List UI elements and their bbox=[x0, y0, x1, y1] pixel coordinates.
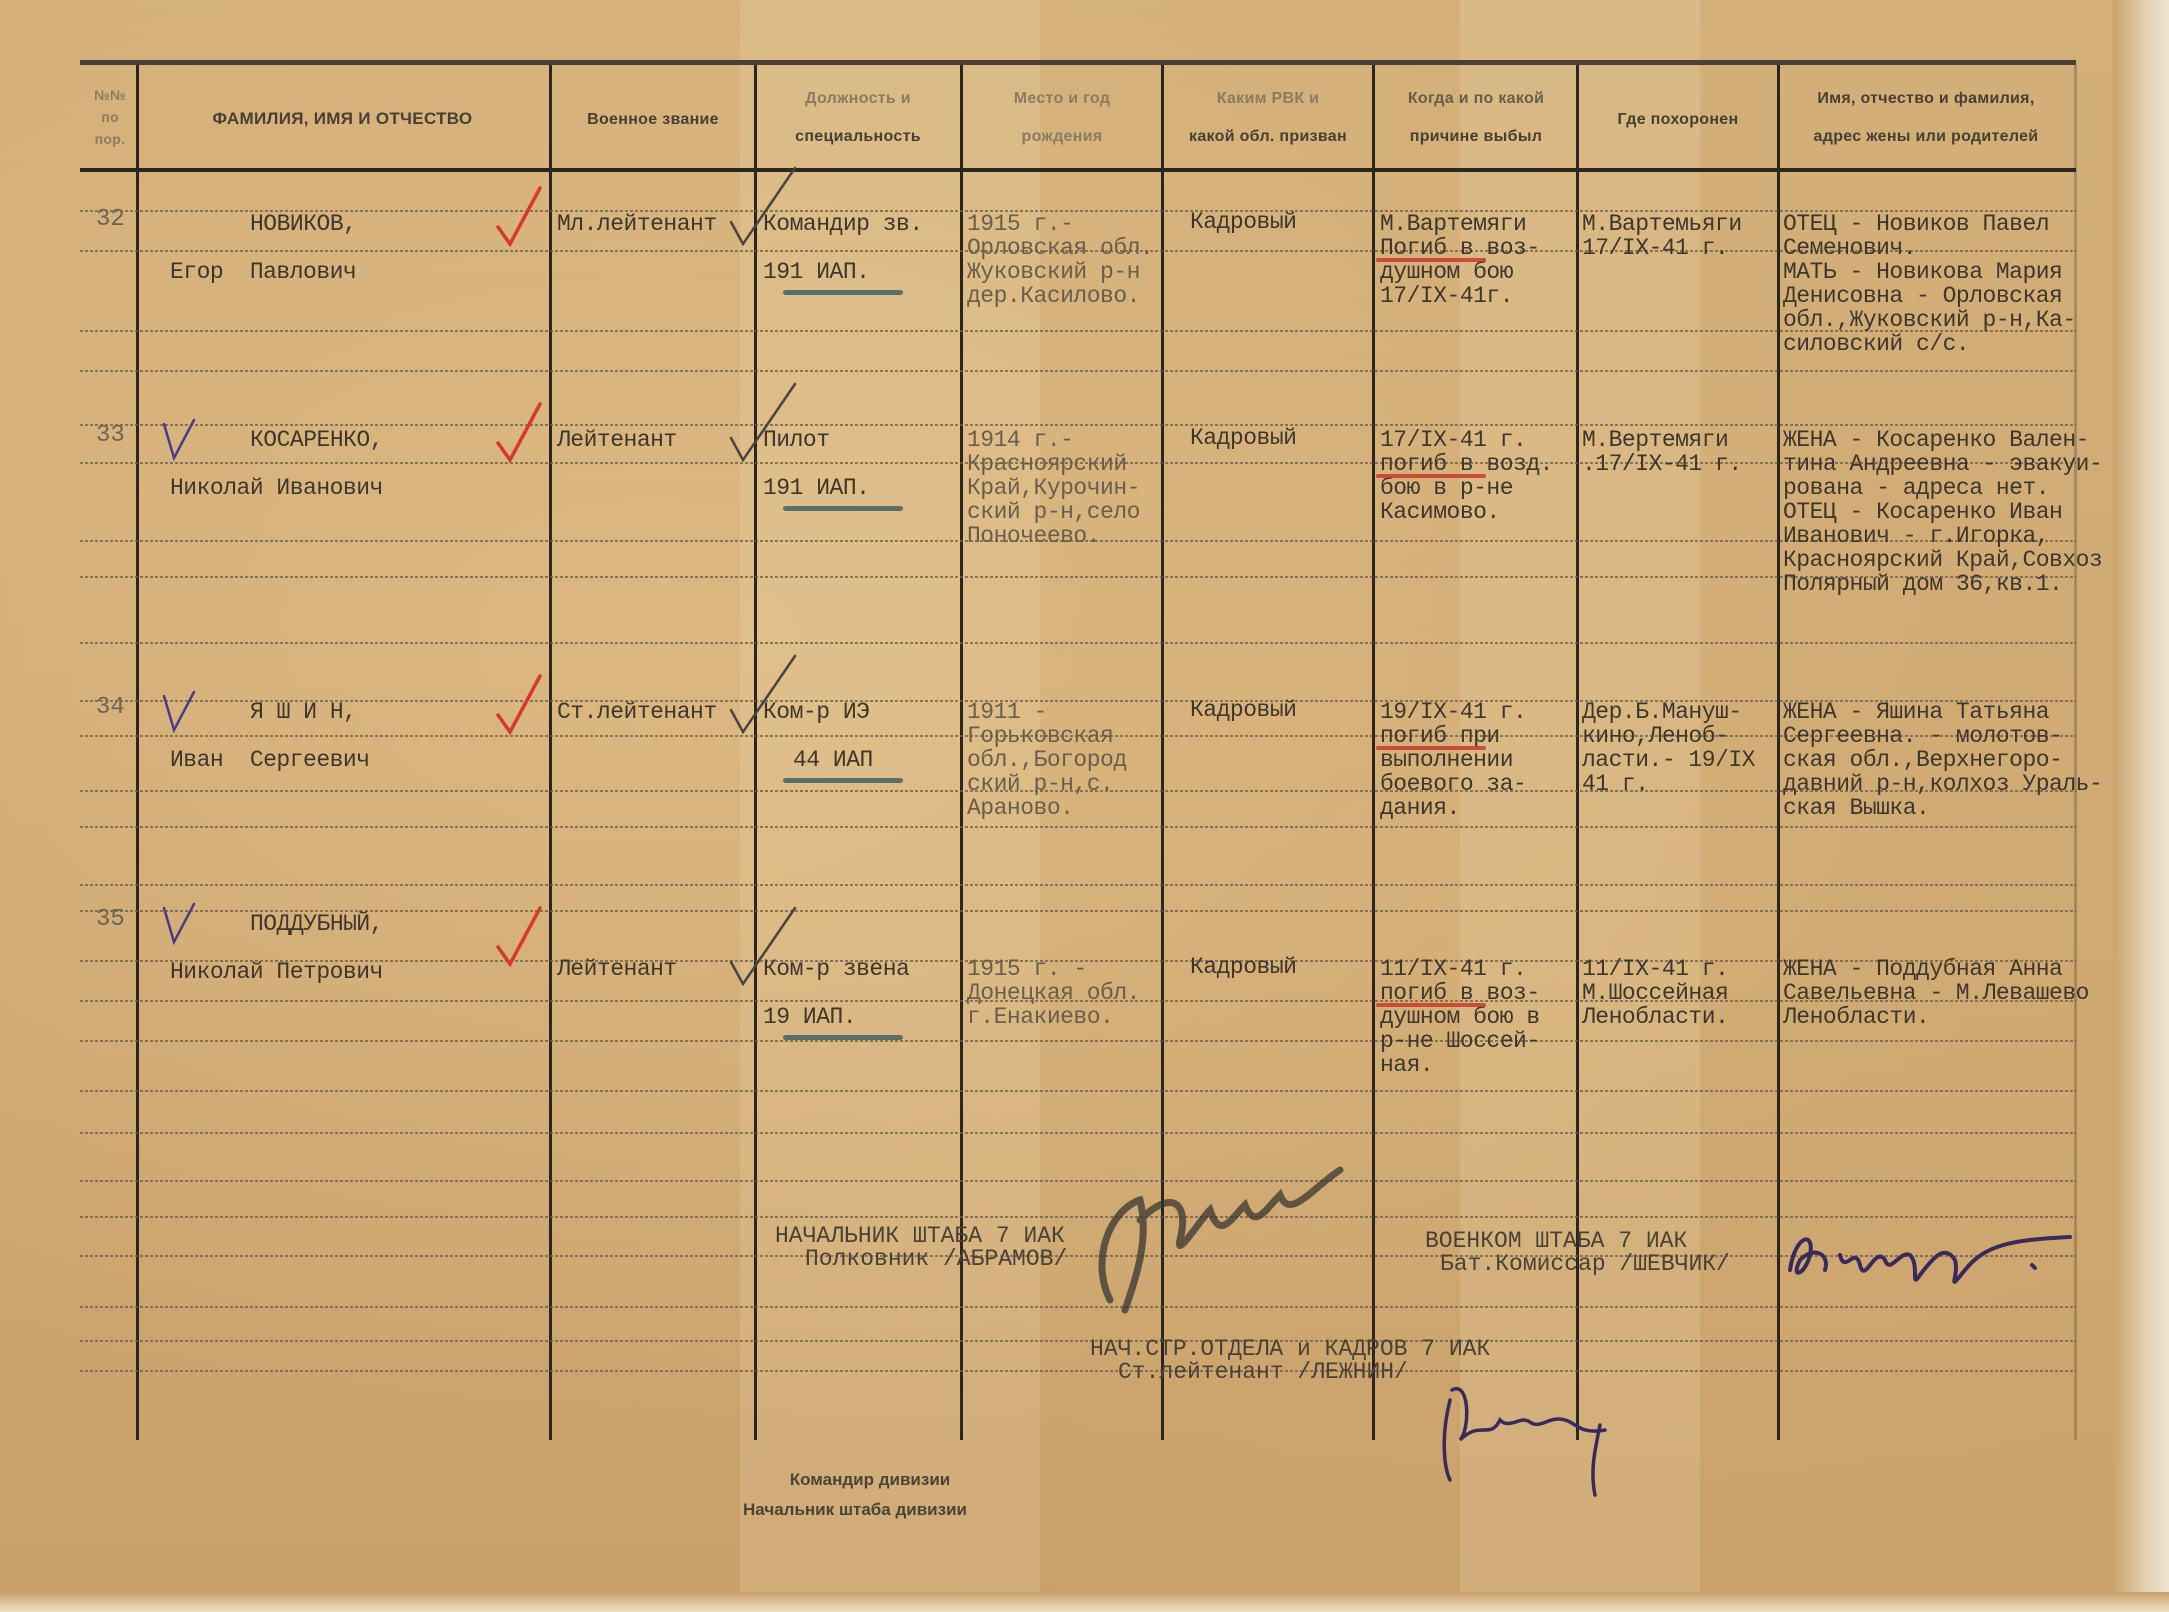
header-name: ФАМИЛИЯ, ИМЯ И ОТЧЕСТВО bbox=[140, 100, 545, 138]
surname: КОСАРЕНКО, bbox=[250, 428, 383, 452]
relatives-address: ЖЕНА - Поддубная Анна bbox=[1783, 957, 2062, 981]
birth-place-year: Поночеево. bbox=[967, 524, 1100, 548]
burial-place: ласти.- 19/IX bbox=[1582, 748, 1755, 772]
red-underline bbox=[1376, 474, 1486, 478]
paper-edge bbox=[2113, 0, 2169, 1612]
pencil-underline bbox=[783, 290, 903, 295]
loss-date-cause: бою в р-не bbox=[1380, 476, 1513, 500]
burial-place: 41 г. bbox=[1582, 772, 1649, 796]
red-check-mark-icon bbox=[490, 182, 550, 252]
footer-division-commander: Командир дивизии bbox=[670, 1470, 1070, 1490]
footer-division-chief-of-staff: Начальник штаба дивизии bbox=[630, 1500, 1080, 1520]
birth-place-year: Араново. bbox=[967, 796, 1073, 820]
military-rank: Лейтенант bbox=[557, 957, 677, 981]
loss-date-cause: душном бою bbox=[1380, 260, 1513, 284]
grey-check-mark-icon bbox=[725, 902, 805, 992]
violet-check-mark-icon bbox=[160, 690, 200, 735]
conscription-office: Кадровый bbox=[1190, 698, 1296, 722]
birth-place-year: 1915 г.- bbox=[967, 212, 1073, 236]
loss-date-cause: погиб в воз- bbox=[1380, 981, 1540, 1005]
commissar-title: ВОЕНКОМ ШТАБА 7 ИАК bbox=[1425, 1230, 1687, 1252]
pencil-underline bbox=[783, 1035, 903, 1040]
paper-edge bbox=[0, 1592, 2169, 1612]
loss-date-cause: погиб при bbox=[1380, 724, 1500, 748]
birth-place-year: 1911 - bbox=[967, 700, 1047, 724]
loss-date-cause: Касимово. bbox=[1380, 500, 1500, 524]
given-names: Иван Сергеевич bbox=[170, 748, 370, 772]
loss-date-cause: дания. bbox=[1380, 796, 1460, 820]
header-when: Когда и по какойпричине выбыл bbox=[1376, 80, 1576, 156]
header-birth: Место и годрождения bbox=[964, 80, 1160, 156]
birth-place-year: ский р-н,с. bbox=[967, 772, 1113, 796]
burial-place: Ленобласти. bbox=[1582, 1005, 1728, 1029]
loss-date-cause: боевого за- bbox=[1380, 772, 1526, 796]
birth-place-year: ский р-н,село bbox=[967, 500, 1140, 524]
loss-date-cause: 17/IX-41 г. bbox=[1380, 428, 1526, 452]
relatives-address: давний р-н,колхоз Ураль- bbox=[1783, 772, 2102, 796]
grey-check-mark-icon bbox=[725, 162, 805, 252]
relatives-address: МАТЬ - Новикова Мария bbox=[1783, 260, 2062, 284]
red-underline bbox=[1376, 1003, 1486, 1007]
birth-place-year: обл.,Богород bbox=[967, 748, 1127, 772]
row-number: 35 bbox=[96, 906, 125, 933]
loss-date-cause: Погиб в воз- bbox=[1380, 236, 1540, 260]
relatives-address: обл.,Жуковский р-н,Ка- bbox=[1783, 308, 2076, 332]
unit: 191 ИАП. bbox=[763, 260, 869, 284]
loss-date-cause: погиб в возд. bbox=[1380, 452, 1553, 476]
birth-place-year: Горьковская bbox=[967, 724, 1113, 748]
ruled-line bbox=[80, 1306, 2076, 1308]
ruled-line bbox=[80, 700, 2076, 702]
birth-place-year: 1915 г. - bbox=[967, 957, 1087, 981]
ruled-line bbox=[80, 826, 2076, 828]
birth-place-year: Жуковский р-н bbox=[967, 260, 1140, 284]
ruled-line bbox=[80, 330, 2076, 332]
red-underline bbox=[1376, 746, 1486, 750]
relatives-address: Полярный дом 36,кв.1. bbox=[1783, 572, 2062, 596]
ruled-line bbox=[80, 370, 2076, 372]
birth-place-year: Красноярский bbox=[967, 452, 1127, 476]
relatives-address: Семенович. bbox=[1783, 236, 1916, 260]
header-relatives: Имя, отчество и фамилия,адрес жены или р… bbox=[1781, 80, 2071, 156]
birth-place-year: Край,Курочин- bbox=[967, 476, 1140, 500]
burial-place: .17/IX-41 г. bbox=[1582, 452, 1742, 476]
conscription-office: Кадровый bbox=[1190, 426, 1296, 450]
conscription-office: Кадровый bbox=[1190, 210, 1296, 234]
relatives-address: Савельевна - М.Левашево bbox=[1783, 981, 2089, 1005]
loss-date-cause: 17/IX-41г. bbox=[1380, 284, 1513, 308]
surname: ПОДДУБНЫЙ, bbox=[250, 912, 383, 936]
conscription-office: Кадровый bbox=[1190, 955, 1296, 979]
burial-place: Дер.Б.Мануш- bbox=[1582, 700, 1742, 724]
row-number: 33 bbox=[96, 422, 125, 449]
relatives-address: тина Андреевна - эвакуи- bbox=[1783, 452, 2102, 476]
row-number: 32 bbox=[96, 206, 125, 233]
red-check-mark-icon bbox=[490, 670, 550, 740]
given-names: Егор Павлович bbox=[170, 260, 356, 284]
grey-check-mark-icon bbox=[725, 378, 805, 468]
relatives-address: ЖЕНА - Косаренко Вален- bbox=[1783, 428, 2089, 452]
given-names: Николай Петрович bbox=[170, 960, 383, 984]
ruled-line bbox=[80, 424, 2076, 426]
ruled-line bbox=[80, 884, 2076, 886]
header-rank: Военное звание bbox=[553, 101, 753, 139]
ruled-line bbox=[80, 1370, 2076, 1372]
ruled-line bbox=[80, 210, 2076, 212]
loss-date-cause: М.Вартемяги bbox=[1380, 212, 1526, 236]
relatives-address: ОТЕЦ - Новиков Павел bbox=[1783, 212, 2049, 236]
pencil-underline bbox=[783, 506, 903, 511]
pencil-underline bbox=[783, 778, 903, 783]
unit: 191 ИАП. bbox=[763, 476, 869, 500]
signature-lezhnin bbox=[1430, 1360, 1650, 1500]
relatives-address: силовский с/с. bbox=[1783, 332, 1969, 356]
violet-check-mark-icon bbox=[160, 902, 200, 947]
ruled-line bbox=[80, 642, 2076, 644]
relatives-address: Сергеевна. - молотов- bbox=[1783, 724, 2062, 748]
ruled-line bbox=[80, 1040, 2076, 1042]
signature-abramov bbox=[1080, 1150, 1360, 1320]
loss-date-cause: р-не Шоссей- bbox=[1380, 1029, 1540, 1053]
loss-date-cause: выполнении bbox=[1380, 748, 1513, 772]
red-underline bbox=[1376, 258, 1486, 262]
ruled-line bbox=[80, 1132, 2076, 1134]
signature-shevchik bbox=[1770, 1215, 2120, 1305]
chief-of-staff-name: Полковник /АБРАМОВ/ bbox=[805, 1248, 1067, 1270]
given-names: Николай Иванович bbox=[170, 476, 383, 500]
row-number: 34 bbox=[96, 694, 125, 721]
personnel-name: Ст.лейтенант /ЛЕЖНИН/ bbox=[1118, 1361, 1408, 1383]
birth-place-year: г.Енакиево. bbox=[967, 1005, 1113, 1029]
unit: 19 ИАП. bbox=[763, 1005, 856, 1029]
burial-place: М.Вартемьяги bbox=[1582, 212, 1742, 236]
relatives-address: Ленобласти. bbox=[1783, 1005, 1929, 1029]
red-check-mark-icon bbox=[490, 398, 550, 468]
burial-place: 11/IX-41 г. bbox=[1582, 957, 1728, 981]
header-rvk: Каким РВК икакой обл. призван bbox=[1165, 80, 1371, 156]
relatives-address: рована - адреса нет. bbox=[1783, 476, 2049, 500]
relatives-address: ОТЕЦ - Косаренко Иван bbox=[1783, 500, 2062, 524]
relatives-address: Красноярский Край,Совхоз bbox=[1783, 548, 2102, 572]
birth-place-year: 1914 г.- bbox=[967, 428, 1073, 452]
relatives-address: Иванович - г.Игорка, bbox=[1783, 524, 2049, 548]
military-rank: Мл.лейтенант bbox=[557, 212, 717, 236]
loss-date-cause: 11/IX-41 г. bbox=[1380, 957, 1526, 981]
commissar-name: Бат.Комиссар /ШЕВЧИК/ bbox=[1440, 1253, 1730, 1275]
burial-place: М.Шоссейная bbox=[1582, 981, 1728, 1005]
relatives-address: ская обл.,Верхнегоро- bbox=[1783, 748, 2062, 772]
ruled-line bbox=[80, 1180, 2076, 1182]
birth-place-year: Донецкая обл. bbox=[967, 981, 1140, 1005]
loss-date-cause: душном бою в bbox=[1380, 1005, 1540, 1029]
burial-place: кино,Леноб- bbox=[1582, 724, 1728, 748]
ruled-line bbox=[80, 576, 2076, 578]
unit: 44 ИАП bbox=[793, 748, 873, 772]
chief-of-staff-title: НАЧАЛЬНИК ШТАБА 7 ИАК bbox=[775, 1225, 1065, 1247]
grey-check-mark-icon bbox=[725, 650, 805, 740]
relatives-address: ЖЕНА - Яшина Татьяна bbox=[1783, 700, 2049, 724]
surname: Я Ш И Н, bbox=[250, 700, 356, 724]
loss-date-cause: ная. bbox=[1380, 1053, 1433, 1077]
header-num: №№попор. bbox=[84, 84, 136, 150]
header-buried: Где похоронен bbox=[1580, 101, 1776, 139]
ruled-line bbox=[80, 1090, 2076, 1092]
personnel-title: НАЧ.СТР.ОТДЕЛА и КАДРОВ 7 ИАК bbox=[1090, 1338, 1490, 1360]
relatives-address: ская Вышка. bbox=[1783, 796, 1929, 820]
birth-place-year: Орловская обл. bbox=[967, 236, 1153, 260]
header-position: Должность испециальность bbox=[758, 80, 958, 156]
birth-place-year: дер.Касилово. bbox=[967, 284, 1140, 308]
violet-check-mark-icon bbox=[160, 418, 200, 463]
burial-place: 17/IX-41 г. bbox=[1582, 236, 1728, 260]
ruled-line bbox=[80, 1340, 2076, 1342]
loss-date-cause: 19/IX-41 г. bbox=[1380, 700, 1526, 724]
military-rank: Ст.лейтенант bbox=[557, 700, 717, 724]
military-rank: Лейтенант bbox=[557, 428, 677, 452]
burial-place: М.Вертемяги bbox=[1582, 428, 1728, 452]
surname: НОВИКОВ, bbox=[250, 212, 356, 236]
relatives-address: Денисовна - Орловская bbox=[1783, 284, 2062, 308]
red-check-mark-icon bbox=[490, 902, 550, 972]
